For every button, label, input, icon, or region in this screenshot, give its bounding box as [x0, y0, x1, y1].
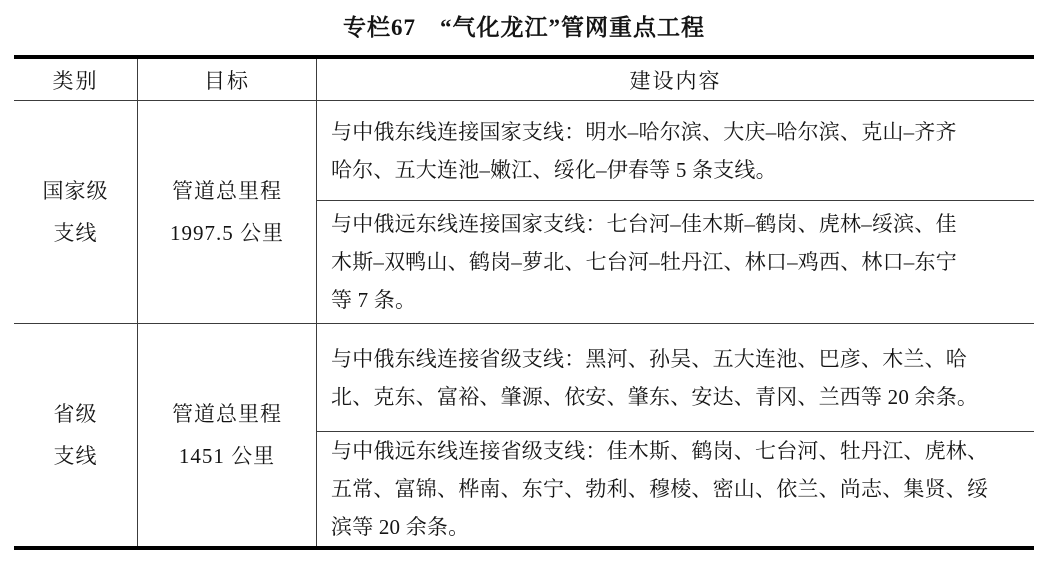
category-cell: 省级 支线 — [14, 324, 138, 546]
content-cell-group: 与中俄东线连接国家支线：明水–哈尔滨、大庆–哈尔滨、克山–齐齐 哈尔、五大连池–… — [317, 101, 1034, 323]
category-cell: 国家级 支线 — [14, 101, 138, 323]
target-cell: 管道总里程 1451 公里 — [138, 324, 317, 546]
table-row-provincial-branch: 省级 支线 管道总里程 1451 公里 与中俄东线连接省级支线：黑河、孙吴、五大… — [14, 324, 1034, 546]
header-category: 类别 — [14, 59, 138, 100]
page-title: 专栏67 “气化龙江”管网重点工程 — [0, 9, 1048, 42]
content-far-east-line-provincial: 与中俄远东线连接省级支线：佳木斯、鹤岗、七台河、牡丹江、虎林、 五常、富锦、桦南… — [317, 432, 1034, 546]
scanned-document-page: { "page": { "background": "#ffffff", "te… — [0, 0, 1048, 568]
content-cell-group: 与中俄东线连接省级支线：黑河、孙吴、五大连池、巴彦、木兰、哈 北、克东、富裕、肇… — [317, 324, 1034, 546]
target-cell: 管道总里程 1997.5 公里 — [138, 101, 317, 323]
content-east-line-provincial: 与中俄东线连接省级支线：黑河、孙吴、五大连池、巴彦、木兰、哈 北、克东、富裕、肇… — [317, 324, 1034, 432]
content-far-east-line-national: 与中俄远东线连接国家支线：七台河–佳木斯–鹤岗、虎林–绥滨、佳 木斯–双鸭山、鹤… — [317, 201, 1034, 323]
table-row-national-branch: 国家级 支线 管道总里程 1997.5 公里 与中俄东线连接国家支线：明水–哈尔… — [14, 101, 1034, 324]
table-header-row: 类别 目标 建设内容 — [14, 59, 1034, 101]
header-construction-content: 建设内容 — [317, 59, 1034, 100]
header-target: 目标 — [138, 59, 317, 100]
pipeline-projects-table: 类别 目标 建设内容 国家级 支线 管道总里程 1997.5 公里 与中俄东线连… — [14, 55, 1034, 550]
content-east-line-national: 与中俄东线连接国家支线：明水–哈尔滨、大庆–哈尔滨、克山–齐齐 哈尔、五大连池–… — [317, 101, 1034, 201]
